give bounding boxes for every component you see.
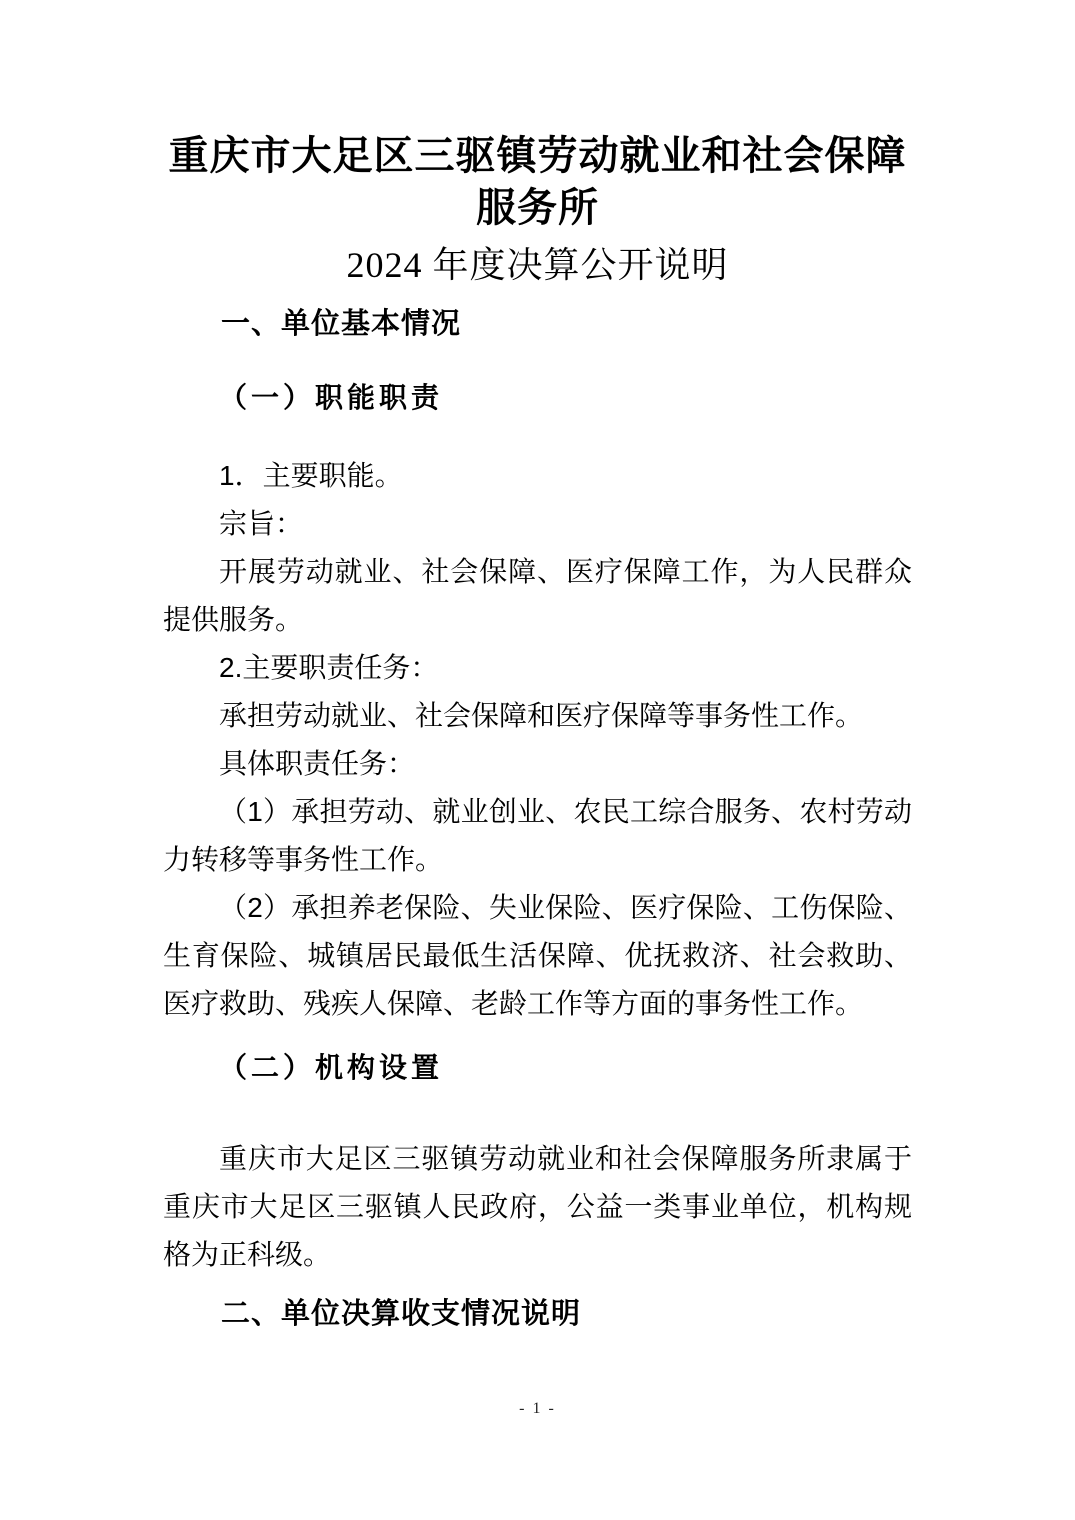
- page-number: - 1 -: [0, 1400, 1075, 1418]
- sub-heading-organization: （二）机构设置: [163, 1045, 912, 1093]
- document-title-line1: 重庆市大足区三驱镇劳动就业和社会保障: [163, 130, 912, 182]
- paragraph-organization: 重庆市大足区三驱镇劳动就业和社会保障服务所隶属于重庆市大足区三驱镇人民政府，公益…: [163, 1135, 912, 1279]
- paragraph-duty-item-2: （2）承担养老保险、失业保险、医疗保险、工伤保险、生育保险、城镇居民最低生活保障…: [163, 884, 912, 1028]
- subtitle-text: 年度决算公开说明: [432, 244, 728, 285]
- paragraph-duties-label: 2.主要职责任务：: [163, 644, 912, 692]
- document-subtitle: 2024年度决算公开说明: [163, 240, 912, 290]
- section-heading-1: 一、单位基本情况: [163, 300, 912, 348]
- document-page: 重庆市大足区三驱镇劳动就业和社会保障 服务所 2024年度决算公开说明 一、单位…: [0, 0, 1075, 1520]
- paragraph-duty-item-1: （1）承担劳动、就业创业、农民工综合服务、农村劳动力转移等事务性工作。: [163, 788, 912, 884]
- paragraph-main-function-label: 1．主要职能。: [163, 452, 912, 500]
- subtitle-year: 2024: [346, 245, 422, 285]
- paragraph-purpose-label: 宗旨：: [163, 500, 912, 548]
- section-heading-2: 二、单位决算收支情况说明: [163, 1290, 912, 1338]
- paragraph-specific-duties-label: 具体职责任务：: [163, 740, 912, 788]
- paragraph-purpose-text: 开展劳动就业、社会保障、医疗保障工作，为人民群众提供服务。: [163, 548, 912, 644]
- sub-heading-functions: （一）职能职责: [163, 375, 912, 423]
- document-title: 重庆市大足区三驱镇劳动就业和社会保障 服务所: [163, 130, 912, 234]
- document-title-line2: 服务所: [163, 182, 912, 234]
- paragraph-duties-summary: 承担劳动就业、社会保障和医疗保障等事务性工作。: [163, 692, 912, 740]
